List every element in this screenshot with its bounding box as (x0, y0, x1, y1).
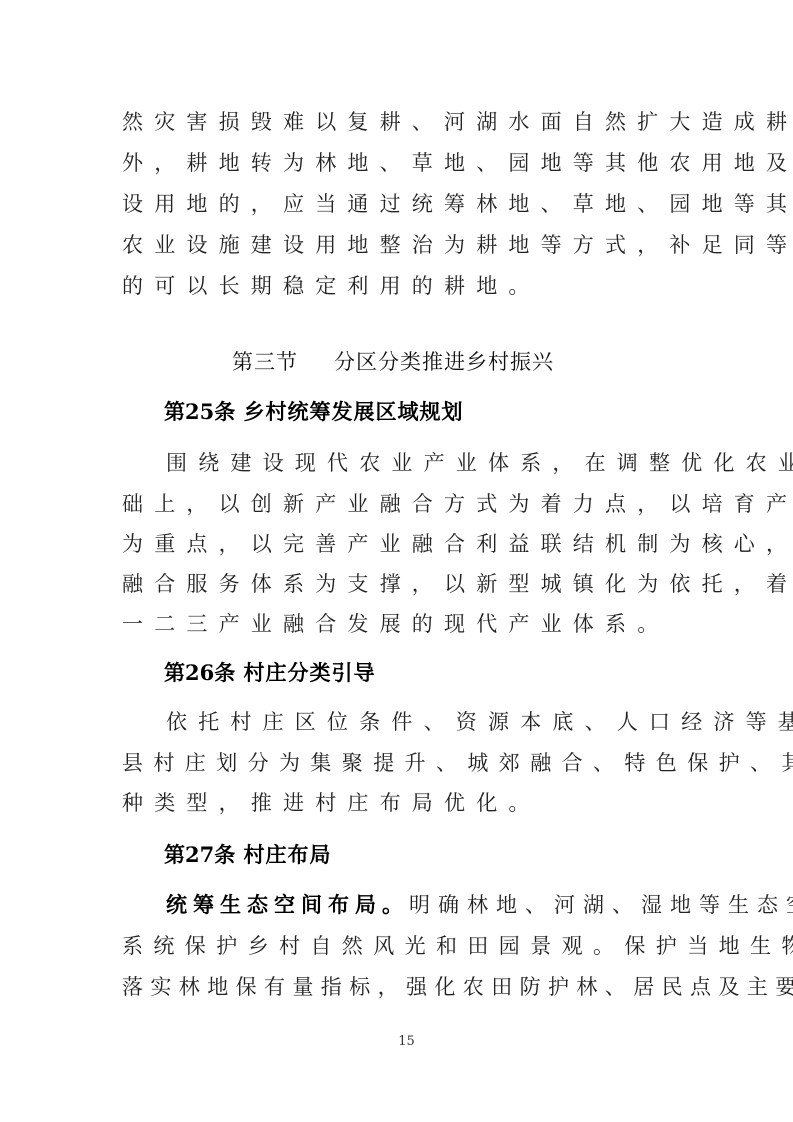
article-label: 第26条 (164, 660, 235, 685)
article-heading-27: 第27条 村庄布局 (164, 840, 332, 870)
body-text-line: 统筹生态空间布局。明确林地、河湖、湿地等生态空间， (166, 890, 726, 920)
article-label: 第25条 (164, 399, 235, 424)
body-text-line: 系统保护乡村自然风光和田园景观。保护当地生物多样性， (122, 931, 682, 961)
article-title: 乡村统筹发展区域规划 (244, 399, 464, 424)
article-heading-25: 第25条 乡村统筹发展区域规划 (164, 397, 464, 427)
body-text-line: 一二三产业融合发展的现代产业体系。 (122, 609, 682, 639)
section-title: 第三节分区分类推进乡村振兴 (232, 347, 554, 377)
body-text-line: 落实林地保有量指标，强化农田防护林、居民点及主要道路、 (122, 972, 682, 1002)
body-text-line: 外，耕地转为林地、草地、园地等其他农用地及农业设施建 (122, 148, 682, 178)
section-number: 第三节 (232, 350, 298, 374)
article-title: 村庄布局 (244, 842, 332, 867)
body-text-line: 设用地的，应当通过统筹林地、草地、园地等其他农用地及 (122, 189, 682, 219)
body-text-line: 农业设施建设用地整治为耕地等方式，补足同等数量、质量 (122, 230, 682, 260)
body-text-line: 融合服务体系为支撑，以新型城镇化为依托，着力构建农业 (122, 569, 682, 599)
body-text-line: 的可以长期稳定利用的耕地。 (122, 271, 682, 301)
document-page: 然灾害损毁难以复耕、河湖水面自然扩大造成耕地永久淹没 外，耕地转为林地、草地、园… (0, 0, 793, 1122)
body-text-line: 础上，以创新产业融合方式为着力点，以培育产业融合主体 (122, 489, 682, 519)
section-title-text: 分区分类推进乡村振兴 (334, 350, 554, 374)
body-text-line: 围绕建设现代农业产业体系，在调整优化农业结构的基 (166, 448, 726, 478)
body-text-line: 然灾害损毁难以复耕、河湖水面自然扩大造成耕地永久淹没 (122, 107, 682, 137)
article-label: 第27条 (164, 842, 235, 867)
body-text-line: 为重点，以完善产业融合利益联结机制为核心，以建立产业 (122, 529, 682, 559)
page-number: 15 (0, 1034, 793, 1049)
article-heading-26: 第26条 村庄分类引导 (164, 658, 376, 688)
body-text-line: 种类型，推进村庄布局优化。 (122, 788, 682, 818)
body-text-line: 依托村庄区位条件、资源本底、人口经济等基础，将全 (166, 707, 726, 737)
article-title: 村庄分类引导 (244, 660, 376, 685)
bold-lead-text: 统筹生态空间布局。 (166, 892, 409, 917)
body-text-line: 县村庄划分为集聚提升、城郊融合、特色保护、其他待定4 (122, 748, 682, 778)
body-text-segment: 明确林地、河湖、湿地等生态空间， (409, 893, 793, 917)
